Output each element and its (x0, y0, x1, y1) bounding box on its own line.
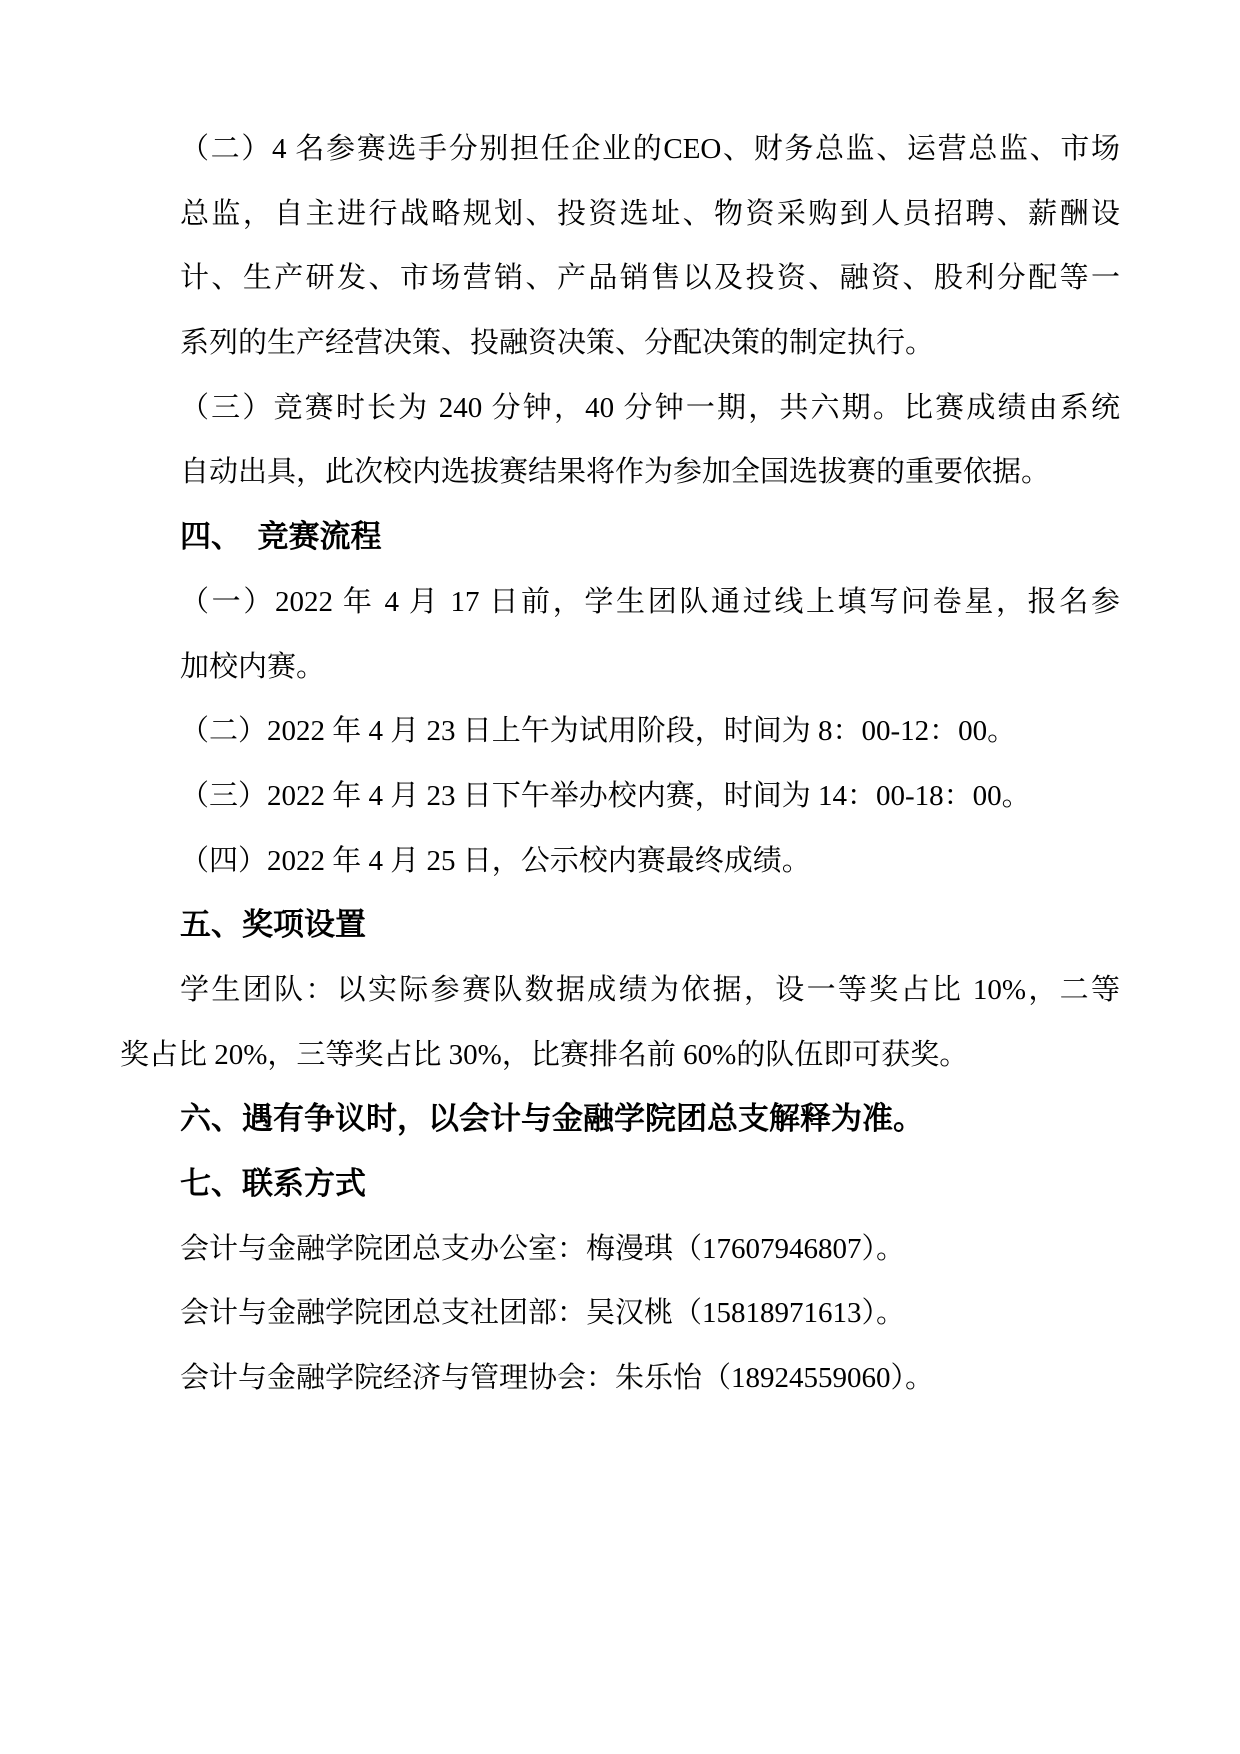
section-heading-7-contacts: 七、联系方式 (120, 1152, 1120, 1217)
document-page: （二）4 名参赛选手分别担任企业的CEO、财务总监、运营总监、市场 总监，自主进… (0, 0, 1240, 1754)
para-item3-line-1: （三）竞赛时长为 240 分钟，40 分钟一期，共六期。比赛成绩由系统 (120, 376, 1120, 441)
para-item2-line-3: 计、生产研发、市场营销、产品销售以及投资、融资、股利分配等一 (120, 246, 1120, 311)
para-item2-line-2: 总监，自主进行战略规划、投资选址、物资采购到人员招聘、薪酬设 (120, 182, 1120, 247)
para-awards-line-2: 奖占比 20%，三等奖占比 30%，比赛排名前 60%的队伍即可获奖。 (120, 1023, 1120, 1088)
section-heading-6-disputes: 六、遇有争议时，以会计与金融学院团总支解释为准。 (120, 1087, 1120, 1152)
section-heading-5-awards: 五、奖项设置 (120, 893, 1120, 958)
para-contact-office: 会计与金融学院团总支办公室：梅漫琪（17607946807）。 (120, 1217, 1120, 1282)
para-process-item1-line-2: 加校内赛。 (120, 635, 1120, 700)
para-contact-association: 会计与金融学院经济与管理协会：朱乐怡（18924559060）。 (120, 1346, 1120, 1411)
para-item2-line-4: 系列的生产经营决策、投融资决策、分配决策的制定执行。 (120, 311, 1120, 376)
document-content: （二）4 名参赛选手分别担任企业的CEO、财务总监、运营总监、市场 总监，自主进… (120, 117, 1120, 1411)
section-heading-4-competition-process: 四、 竞赛流程 (120, 505, 1120, 570)
para-item2-line-1: （二）4 名参赛选手分别担任企业的CEO、财务总监、运营总监、市场 (120, 117, 1120, 182)
para-awards-line-1: 学生团队：以实际参赛队数据成绩为依据，设一等奖占比 10%，二等 (120, 958, 1120, 1023)
para-process-item1-line-1: （一）2022 年 4 月 17 日前，学生团队通过线上填写问卷星，报名参 (120, 570, 1120, 635)
para-item3-line-2: 自动出具，此次校内选拔赛结果将作为参加全国选拔赛的重要依据。 (120, 440, 1120, 505)
para-process-item3: （三）2022 年 4 月 23 日下午举办校内赛，时间为 14：00-18：0… (120, 764, 1120, 829)
para-contact-club-dept: 会计与金融学院团总支社团部：吴汉桃（15818971613）。 (120, 1281, 1120, 1346)
para-process-item2: （二）2022 年 4 月 23 日上午为试用阶段，时间为 8：00-12：00… (120, 699, 1120, 764)
para-process-item4: （四）2022 年 4 月 25 日，公示校内赛最终成绩。 (120, 829, 1120, 894)
